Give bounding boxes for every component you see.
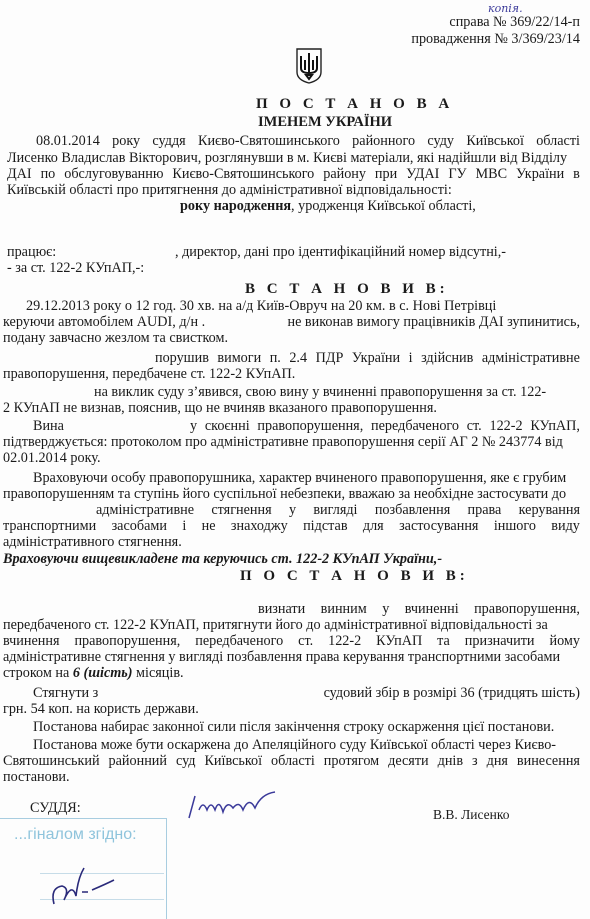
stamp-signature-icon <box>48 862 118 917</box>
handwritten-signature-icon <box>185 790 285 829</box>
established-p2-line-2: правопорушення, передбачене ст. 122-2 КУ… <box>3 366 295 383</box>
resolved-p1-line-3: вчиненняправопорушення,передбаченогост.1… <box>0 633 590 650</box>
established-heading: В С Т А Н О В И В: <box>245 281 449 298</box>
resolved-p2-line-1a: Стягнути з <box>33 685 98 702</box>
intro-article: - за ст. 122-2 КУпАП,-: <box>7 260 144 277</box>
established-p3-line-2: 2 КУпАП не визнав, пояснив, що не вчиняв… <box>3 400 437 417</box>
proceeding-number: провадження № 3/369/23/14 <box>411 31 580 48</box>
established-p5-line-2: правопорушенням та ступінь його суспільн… <box>3 486 566 503</box>
judge-label: СУДДЯ: <box>30 800 81 817</box>
resolved-p2-line-1b: судовий збір в розмірі 36 (тридцять шіст… <box>324 685 580 702</box>
established-p1-line-3: подану завчасно жезлом та свистком. <box>3 330 228 347</box>
stamp-text: ...гіналом згідно: <box>14 826 137 844</box>
intro-works-label: працює: <box>7 244 56 261</box>
established-p3-line-1: на виклик суду з’явився, свою вину у вчи… <box>94 384 546 401</box>
established-p1-line-1: 29.12.2013 року о 12 год. 30 хв. на а/д … <box>26 298 496 315</box>
intro-line-1: 08.01.2014рокусуддяКиєво-Святошинськогор… <box>0 133 590 150</box>
established-p4-line-1: ускоєнніправопорушення,передбаченогост.1… <box>0 418 590 435</box>
intro-works-value: , директор, дані про ідентифікаційний но… <box>175 244 506 261</box>
established-p4-line-2: підтверджується: протоколом про адмініст… <box>3 434 563 451</box>
resolved-p1-line-2: передбаченого ст. 122-2 КУпАП, притягнут… <box>3 617 548 634</box>
resolved-p1-line-1: визнативиннимувчиненніправопорушення, <box>0 601 590 618</box>
resolved-heading: П О С Т А Н О В И В: <box>240 568 469 585</box>
intro-line-4: Київській області про притягнення до адм… <box>7 182 590 199</box>
resolved-p4-line-1: Постанова може бути оскаржена до Апеляці… <box>33 737 556 754</box>
document-title: П О С Т А Н О В А <box>256 96 453 113</box>
resolved-p4-line-2: СвятошинськийрайоннийсудКиївськоїобласті… <box>0 753 590 770</box>
established-p6: Враховуючи вищевикладене та керуючись ст… <box>3 551 442 568</box>
established-p4-line-3: 02.01.2014 року. <box>3 450 101 467</box>
established-p1-line-2a: керуючи автомобілем AUDI, д/н . <box>3 314 205 331</box>
established-p2-line-1: порушиввимогип.2.4ПДРУкраїниіздійснивадм… <box>0 350 590 367</box>
intro-line-2: Лисенко Владислав Вікторович, розглянувш… <box>7 150 590 167</box>
judge-name: В.В. Лисенко <box>433 807 510 823</box>
resolved-p4-line-3: постанови. <box>3 769 70 786</box>
resolved-p2-line-2: грн. 54 коп. на користь держави. <box>3 701 199 718</box>
intro-line-5: року народження, уродженця Київської обл… <box>180 198 476 215</box>
established-p5-line-5: адміністративного стягнення. <box>3 534 182 551</box>
resolved-p1-line-5: строком на 6 (шість) місяців. <box>3 665 184 682</box>
established-p5-line-1: Враховуючи особу правопорушника, характе… <box>33 470 566 487</box>
trident-coat-of-arms-icon <box>296 48 322 84</box>
resolved-p3: Постанова набирає законної сили після за… <box>33 719 554 736</box>
document-subtitle: ІМЕНЕМ УКРАЇНИ <box>258 114 392 131</box>
established-p5-line-4: транспортнимизасобамиінезнаходжупідставд… <box>0 518 590 535</box>
established-p5-line-3: адміністративнестягненняувиглядіпозбавле… <box>0 502 590 519</box>
resolved-p1-line-4: адміністративне стягнення у вигляді позб… <box>3 649 560 666</box>
case-number: справа № 369/22/14-п <box>449 14 580 31</box>
established-p1-line-2b: не виконав вимогу працівників ДАІ зупини… <box>287 314 580 331</box>
intro-line-3: ДАІпообслуговуваннюКиєво-Святошинськогор… <box>0 166 590 183</box>
